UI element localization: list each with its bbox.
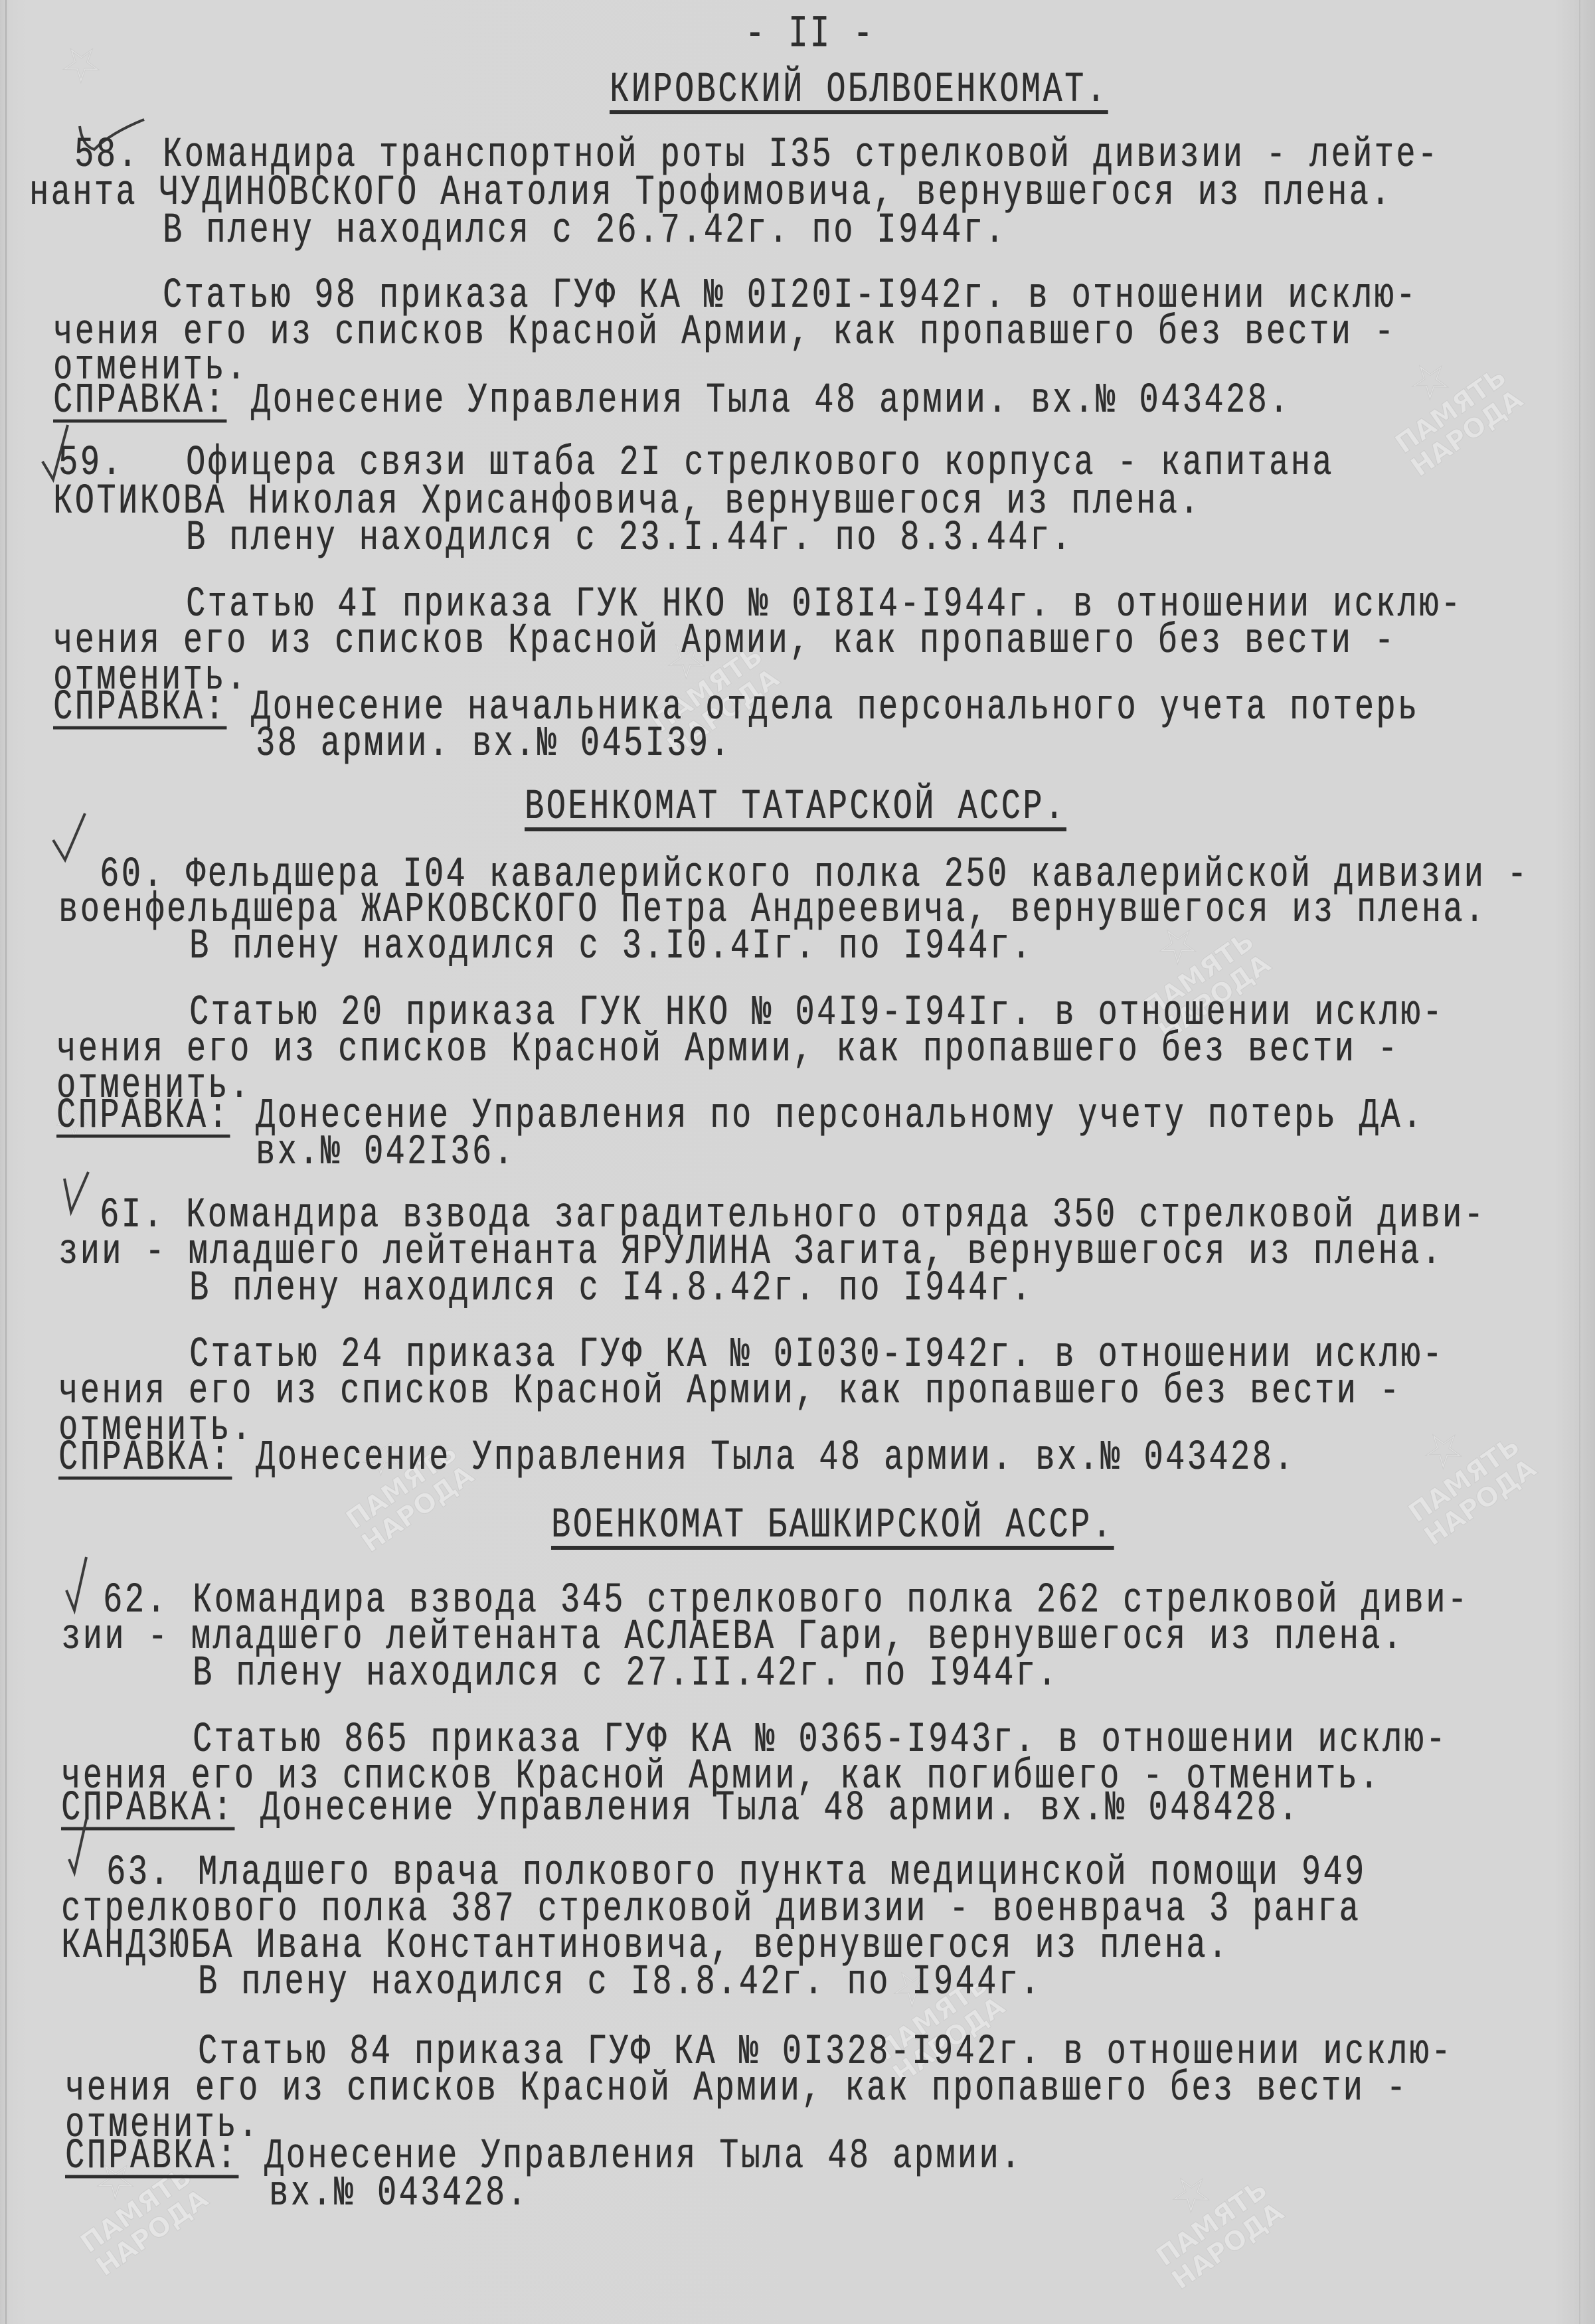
order-text-line: чения его из списков Красной Армии, как …	[58, 1368, 1401, 1416]
entry-text-line: В плену находился с 26.7.42г. по I944г.	[163, 207, 1007, 255]
document-page: ☆ ☆ПАМЯТЬНАРОДА ☆ПАМЯТЬНАРОДА ☆ПАМЯТЬНАР…	[0, 0, 1595, 2324]
order-text-line: чения его из списков Красной Армии, как …	[53, 309, 1396, 357]
page-number: - II -	[745, 9, 875, 60]
page-edge	[1579, 0, 1580, 2324]
reference-text-line: вх.№ 042I36.	[256, 1129, 515, 1177]
entry-text-line: В плену находился с 3.I0.4Iг. по I944г.	[189, 923, 1033, 971]
checkmark-icon	[52, 813, 98, 873]
star-icon: ☆	[50, 32, 112, 94]
reference-label: СПРАВКА:	[53, 377, 226, 425]
reference-label: СПРАВКА:	[65, 2133, 238, 2181]
reference-label: СПРАВКА:	[56, 1092, 230, 1140]
reference-label: СПРАВКА:	[58, 1434, 232, 1482]
star-icon: ☆	[1124, 2137, 1256, 2249]
reference-text-line: вх.№ 043428.	[269, 2170, 529, 2218]
reference-text-line: Донесение Управления Тыла 48 армии. вх.№…	[256, 1434, 1296, 1482]
order-text-line: чения его из списков Красной Армии, как …	[53, 618, 1396, 665]
entry-text-line: В плену находился с I4.8.42г. по I944г.	[189, 1265, 1033, 1313]
section-heading: ВОЕНКОМАТ БАШКИРСКОЙ АССР.	[551, 1502, 1114, 1550]
order-text-line: чения его из списков Красной Армии, как …	[56, 1026, 1399, 1074]
entry-text-line: В плену находился с 23.I.44г. по 8.3.44г…	[186, 515, 1073, 562]
watermark: ☆ПАМЯТЬНАРОДА	[1377, 1393, 1541, 1551]
section-heading: ВОЕНКОМАТ ТАТАРСКОЙ АССР.	[525, 784, 1066, 831]
page-edge	[5, 0, 7, 2324]
order-text-line: чения его из списков Красной Армии, как …	[65, 2065, 1408, 2113]
reference-label: СПРАВКА:	[53, 684, 226, 732]
watermark: ☆	[50, 32, 112, 94]
reference-text-line: Донесение Управления Тыла 48 армии. вх.№…	[251, 377, 1291, 425]
reference-text-line: Донесение Управления Тыла 48 армии. вх.№…	[260, 1785, 1300, 1833]
watermark: ☆ПАМЯТЬНАРОДА	[1124, 2137, 1289, 2295]
section-heading: КИРОВСКИЙ ОБЛВОЕНКОМАТ.	[610, 66, 1108, 114]
entry-text-line: В плену находился с 27.II.42г. по I944г.	[193, 1650, 1059, 1698]
reference-text-line: 38 армии. вх.№ 045I39.	[256, 720, 732, 768]
entry-text-line: В плену находился с I8.8.42г. по I944г.	[198, 1959, 1042, 2007]
